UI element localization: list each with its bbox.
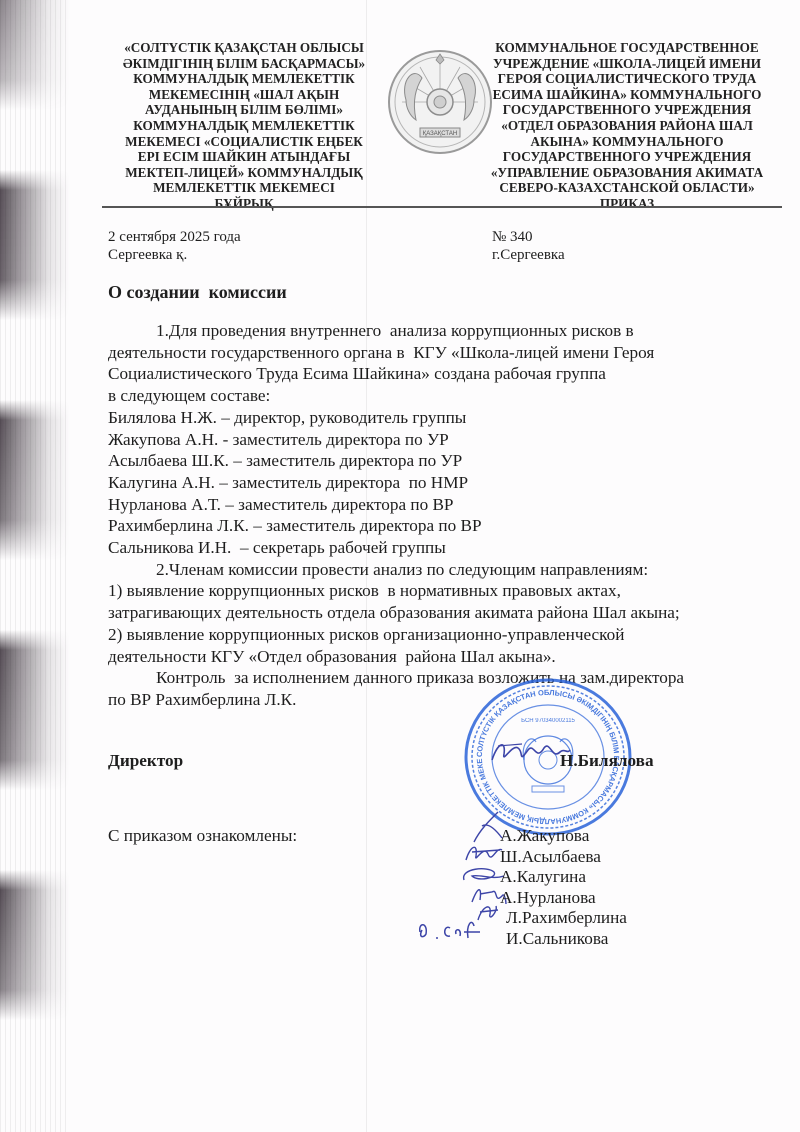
header-ru-line: СЕВЕРО-КАЗАХСТАНСКОЙ ОБЛАСТИ»: [482, 180, 772, 196]
scan-noise-lines: [0, 0, 70, 1132]
body-line: 2) выявление коррупционных рисков органи…: [108, 624, 788, 646]
order-place-ru: г.Сергеевка: [492, 246, 565, 264]
header-russian: КОММУНАЛЬНОЕ ГОСУДАРСТВЕННОЕ УЧРЕЖДЕНИЕ …: [482, 40, 772, 212]
header-ru-line: ЕСИМА ШАЙКИНА» КОММУНАЛЬНОГО: [482, 87, 772, 103]
header-ru-line: ГОСУДАРСТВЕННОГО УЧРЕЖДЕНИЯ: [482, 149, 772, 165]
member-line: Асылбаева Ш.К. – заместитель директора п…: [108, 450, 788, 472]
order-number: № 340: [492, 228, 565, 246]
ack-name: А.Нурланова: [500, 888, 627, 909]
header-divider: [102, 206, 782, 208]
header-ru-line: УЧРЕЖДЕНИЕ «ШКОЛА-ЛИЦЕЙ ИМЕНИ: [482, 56, 772, 72]
header-kz-line: КОММУНАЛДЫҚ МЕМЛЕКЕТТІК: [108, 71, 380, 87]
header-ru-line: ГЕРОЯ СОЦИАЛИСТИЧЕСКОГО ТРУДА: [482, 71, 772, 87]
header-kz-doc-type: БҰЙРЫҚ: [108, 196, 380, 212]
ack-name: Л.Рахимберлина: [500, 908, 627, 929]
ack-name: А.Калугина: [500, 867, 627, 888]
body-line: 1) выявление коррупционных рисков в норм…: [108, 580, 788, 602]
acknowledgement-label: С приказом ознакомлены:: [108, 826, 297, 846]
member-line: Рахимберлина Л.К. – заместитель директор…: [108, 515, 788, 537]
acknowledgement-list: А.Жакупова Ш.Асылбаева А.Калугина А.Нурл…: [500, 826, 627, 950]
body-line: 1.Для проведения внутреннего анализа кор…: [108, 320, 788, 342]
signature-salnikova-icon: [414, 916, 484, 944]
body-line: деятельности государственного органа в К…: [108, 342, 788, 364]
header-ru-doc-type: ПРИКАЗ: [482, 196, 772, 212]
body-line: Контроль за исполнением данного приказа …: [108, 667, 788, 689]
header-kz-line: МЕКЕМЕСІ «СОЦИАЛИСТІК ЕҢБЕК: [108, 134, 380, 150]
header-ru-line: АКЫНА» КОММУНАЛЬНОГО: [482, 134, 772, 150]
member-line: Сальникова И.Н. – секретарь рабочей груп…: [108, 537, 788, 559]
document-body: 1.Для проведения внутреннего анализа кор…: [108, 320, 788, 711]
header-ru-line: ГОСУДАРСТВЕННОГО УЧРЕЖДЕНИЯ: [482, 102, 772, 118]
document-title: О создании комиссии: [108, 282, 287, 303]
ack-name: И.Сальникова: [500, 929, 627, 950]
body-line: затрагивающих деятельность отдела образо…: [108, 602, 788, 624]
header-kz-line: МЕКЕМЕСІНІҢ «ШАЛ АҚЫН: [108, 87, 380, 103]
header-ru-line: КОММУНАЛЬНОЕ ГОСУДАРСТВЕННОЕ: [482, 40, 772, 56]
order-date: 2 сентября 2025 года: [108, 228, 241, 246]
ack-name: А.Жакупова: [500, 826, 627, 847]
header-kz-line: «СОЛТҮСТІК ҚАЗАҚСТАН ОБЛЫСЫ: [108, 40, 380, 56]
order-number-block: № 340 г.Сергеевка: [492, 228, 565, 264]
kazakhstan-state-emblem-icon: ҚАЗАҚСТАН: [386, 48, 494, 156]
header-kz-line: ЕРІ ЕСІМ ШАЙКИН АТЫНДАҒЫ: [108, 149, 380, 165]
ack-name: Ш.Асылбаева: [500, 847, 627, 868]
header-kz-line: МЕМЛЕКЕТТІК МЕКЕМЕСІ: [108, 180, 380, 196]
header-kz-line: МЕКТЕП-ЛИЦЕЙ» КОММУНАЛДЫҚ: [108, 165, 380, 181]
body-line: Социалистического Труда Есима Шайкина» с…: [108, 363, 788, 385]
header-kz-line: ӘКІМДІГІНІҢ БІЛІМ БАСҚАРМАСЫ»: [108, 56, 380, 72]
body-line: по ВР Рахимберлина Л.К.: [108, 689, 788, 711]
member-line: Калугина А.Н. – заместитель директора по…: [108, 472, 788, 494]
svg-text:ҚАЗАҚСТАН: ҚАЗАҚСТАН: [423, 131, 458, 137]
body-line: деятельности КГУ «Отдел образования райо…: [108, 646, 788, 668]
header-kazakh: «СОЛТҮСТІК ҚАЗАҚСТАН ОБЛЫСЫ ӘКІМДІГІНІҢ …: [108, 40, 380, 212]
header-ru-line: «ОТДЕЛ ОБРАЗОВАНИЯ РАЙОНА ШАЛ: [482, 118, 772, 134]
svg-text:БСН 970340002115: БСН 970340002115: [521, 718, 575, 724]
director-name: Н.Билялова: [560, 751, 654, 771]
member-line: Билялова Н.Ж. – директор, руководитель г…: [108, 407, 788, 429]
director-label: Директор: [108, 751, 183, 771]
body-line: в следующем составе:: [108, 385, 788, 407]
header-ru-line: «УПРАВЛЕНИЕ ОБРАЗОВАНИЯ АКИМАТА: [482, 165, 772, 181]
order-date-block: 2 сентября 2025 года Сергеевка қ.: [108, 228, 241, 264]
member-line: Нурланова А.Т. – заместитель директора п…: [108, 494, 788, 516]
header-kz-line: КОММУНАЛДЫҚ МЕМЛЕКЕТТІК: [108, 118, 380, 134]
member-line: Жакупова А.Н. - заместитель директора по…: [108, 429, 788, 451]
order-place-kz: Сергеевка қ.: [108, 246, 241, 264]
body-line: 2.Членам комиссии провести анализ по сле…: [108, 559, 788, 581]
header-kz-line: АУДАНЫНЫҢ БІЛІМ БӨЛІМІ»: [108, 102, 380, 118]
